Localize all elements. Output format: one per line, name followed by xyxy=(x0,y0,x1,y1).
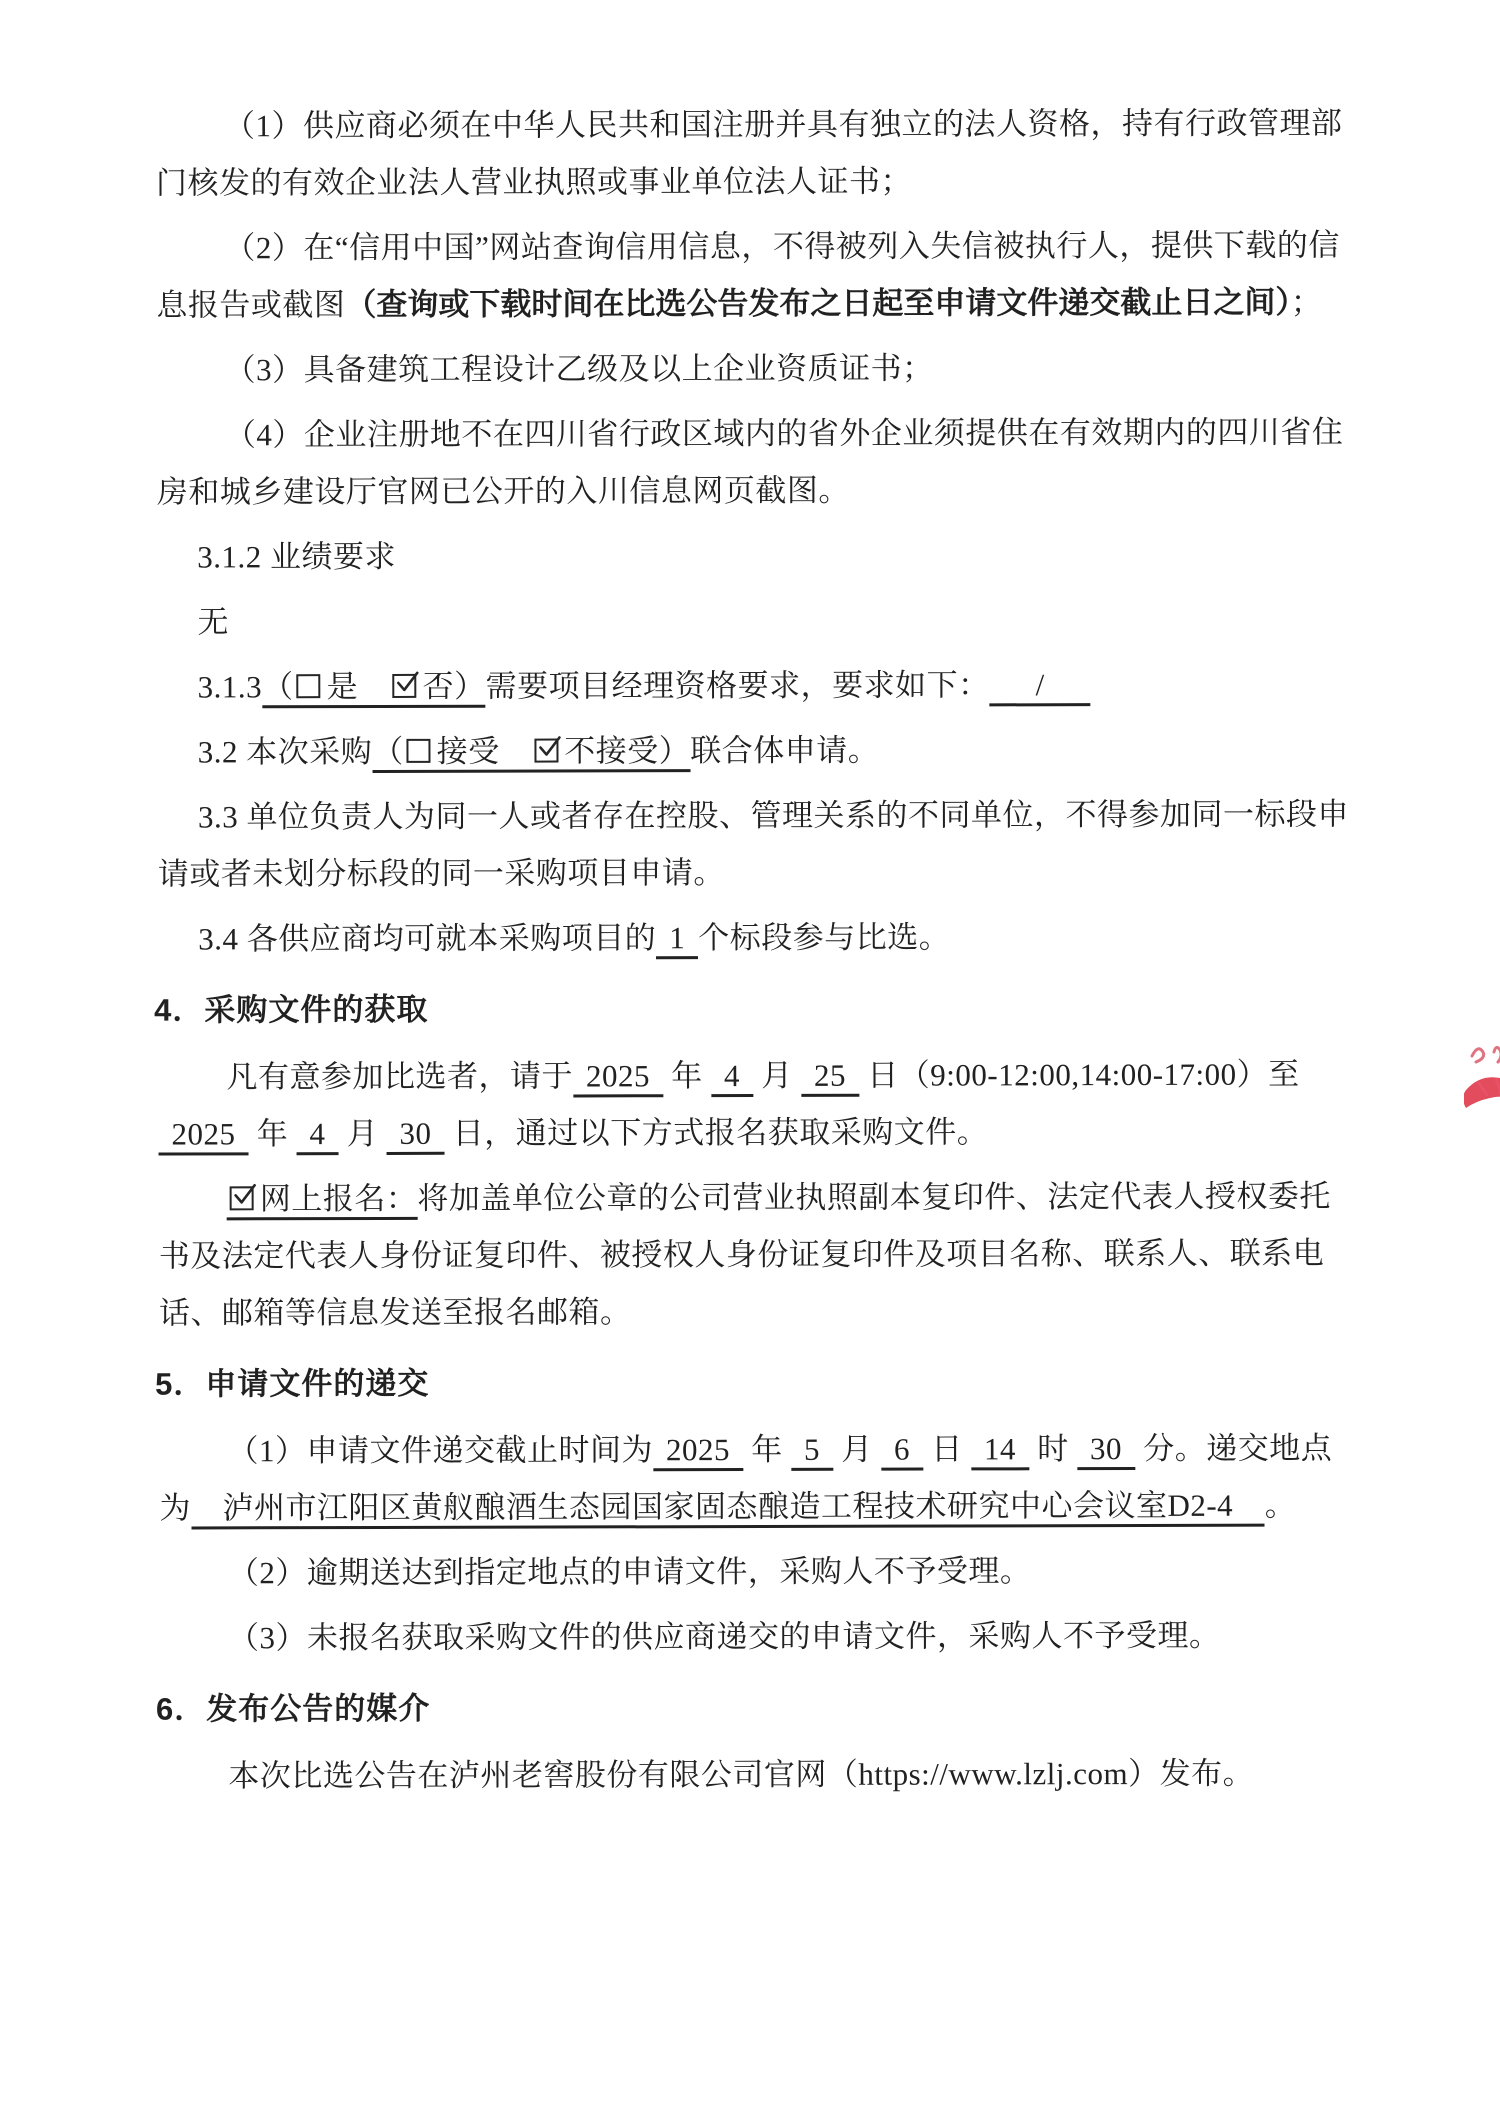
blank-field: 14 xyxy=(971,1431,1029,1470)
blank-field: 4 xyxy=(711,1058,753,1097)
text-run: 5．申请文件的递交 xyxy=(155,1366,429,1402)
para-3-3: 3.3 单位负责人为同一人或者存在控股、管理关系的不同单位，不得参加同一标段申请… xyxy=(158,785,1350,902)
text-run: （ xyxy=(372,734,404,769)
text-run: 凡有意参加比选者，请于 xyxy=(226,1058,573,1094)
text-run: 3.1.3 xyxy=(198,669,263,704)
blank-field: 30 xyxy=(1077,1431,1135,1470)
para-4-1: 凡有意参加比选者，请于2025 年 4 月 25 日（9:00-12:00,14… xyxy=(158,1045,1350,1162)
text-run: （查询或下载时间在比选公告发布之日起至申请文件递交截止日之间） xyxy=(345,285,1291,322)
text-run: 时 xyxy=(1029,1431,1077,1466)
text-run: 无 xyxy=(197,604,229,639)
text-run: 分。递交地 xyxy=(1135,1431,1301,1466)
text-run: 接受 xyxy=(437,734,532,769)
text-run: 个标段参与比选。 xyxy=(698,919,950,955)
checkbox-unchecked-icon xyxy=(407,739,431,763)
text-run: （1）供应商必须在中华人民共和国注册并具有独立的法人资格，持有行政管理部门核发的… xyxy=(156,105,1343,200)
underlined-group: （接受 不接受） xyxy=(372,733,690,773)
text-run: 不接受） xyxy=(564,733,690,768)
text-run: 3.2 本次采购 xyxy=(198,734,373,769)
text-run: 3.3 单位负责人为同一人或者存在控股、管理关系的不同单位，不得参加同一标段申请… xyxy=(158,796,1349,891)
text-run: 否） xyxy=(423,669,486,704)
text-run: 网上报名： xyxy=(260,1181,418,1216)
para-1: （1）供应商必须在中华人民共和国注册并具有独立的法人资格，持有行政管理部门核发的… xyxy=(156,94,1348,211)
text-run: 需要项目经理资格要求，要求如下： xyxy=(486,667,990,703)
red-ink-mark xyxy=(1464,1038,1500,1130)
blank-field: 泸州市江阳区黄舣酿酒生态园国家固态酿造工程技术研究中心会议室D2-4 xyxy=(191,1488,1265,1530)
para-5-1: （1）申请文件递交截止时间为2025 年 5 月 6 日 14 时 30 分。递… xyxy=(159,1419,1351,1536)
text-run: 本次比选公告在泸州老窖股份有限公司官网（https://www.lzlj.com… xyxy=(228,1756,1254,1794)
text-run: 年 xyxy=(743,1432,791,1467)
blank-field: 30 xyxy=(386,1116,444,1155)
para-3-1-3: 3.1.3（是 否）需要项目经理资格要求，要求如下：/ xyxy=(157,655,1349,715)
blank-field: 25 xyxy=(801,1058,859,1097)
para-5-3: （3）未报名获取采购文件的供应商递交的申请文件，采购人不予受理。 xyxy=(160,1606,1352,1666)
para-4-2: 网上报名：将加盖单位公章的公司营业执照副本复印件、法定代表人授权委托书及法定代表… xyxy=(159,1167,1351,1341)
para-2: （2）在“信用中国”网站查询信用信息，不得被列入失信被执行人，提供下载的信息报告… xyxy=(156,216,1348,333)
heading-4: 4．采购文件的获取 xyxy=(154,978,1350,1038)
blank-field: / xyxy=(990,667,1091,706)
text-run: 3.1.2 业绩要求 xyxy=(197,539,396,575)
text-run: 日（9:00-12:00,14:00-17:00）至 xyxy=(859,1057,1300,1093)
text-run: 月 xyxy=(833,1432,881,1467)
para-3-2: 3.2 本次采购（接受 不接受）联合体申请。 xyxy=(157,720,1349,780)
text-run: （1）申请文件递交截止时间为 xyxy=(227,1432,653,1468)
text-run: （3）未报名获取采购文件的供应商递交的申请文件，采购人不予受理。 xyxy=(228,1618,1221,1656)
text-run: （ xyxy=(262,669,294,704)
text-run: （2）逾期送达到指定地点的申请文件，采购人不予受理。 xyxy=(228,1553,1032,1590)
text-run: 4．采购文件的获取 xyxy=(154,992,428,1028)
document-body: （1）供应商必须在中华人民共和国注册并具有独立的法人资格，持有行政管理部门核发的… xyxy=(156,94,1352,1812)
text-run: 日，通过以下方式报名获取采购文件。 xyxy=(444,1114,988,1150)
para-3: （3）具备建筑工程设计乙级及以上企业资质证书； xyxy=(156,338,1348,398)
checkbox-unchecked-icon xyxy=(297,674,321,698)
heading-5: 5．申请文件的递交 xyxy=(155,1352,1351,1412)
blank-field: 5 xyxy=(791,1432,833,1471)
para-3-1-2: 3.1.2 业绩要求 xyxy=(157,525,1349,585)
blank-field: 2025 xyxy=(653,1432,743,1471)
text-run: （3）具备建筑工程设计乙级及以上企业资质证书； xyxy=(225,351,934,388)
heading-6: 6．发布公告的媒介 xyxy=(156,1677,1352,1737)
text-run: 联合体申请。 xyxy=(690,733,879,768)
checkbox-checked-icon xyxy=(534,739,558,763)
underlined-group: 网上报名： xyxy=(227,1181,418,1220)
text-run: ； xyxy=(1291,285,1323,320)
para-none: 无 xyxy=(157,590,1349,650)
blank-field: 2025 xyxy=(158,1116,248,1155)
text-run: 。 xyxy=(1265,1488,1297,1523)
document-page: （1）供应商必须在中华人民共和国注册并具有独立的法人资格，持有行政管理部门核发的… xyxy=(0,0,1500,2120)
text-run: 日 xyxy=(923,1431,971,1466)
blank-field: 4 xyxy=(296,1116,338,1155)
para-6-1: 本次比选公告在泸州老窖股份有限公司官网（https://www.lzlj.com… xyxy=(160,1744,1352,1804)
para-3-4: 3.4 各供应商均可就本采购项目的1个标段参与比选。 xyxy=(158,907,1350,967)
blank-field: 6 xyxy=(881,1432,923,1471)
text-run: 月 xyxy=(753,1058,801,1093)
blank-field: 2025 xyxy=(573,1058,663,1097)
text-run: 6．发布公告的媒介 xyxy=(156,1691,430,1727)
text-run: 3.4 各供应商均可就本采购项目的 xyxy=(198,920,656,956)
checkbox-checked-icon xyxy=(230,1186,254,1210)
para-4: （4）企业注册地不在四川省行政区域内的省外企业须提供在有效期内的四川省住房和城乡… xyxy=(157,403,1349,520)
text-run: 月 xyxy=(338,1116,386,1151)
text-run: 年 xyxy=(248,1116,296,1151)
text-run: 是 xyxy=(327,669,390,704)
blank-field: 1 xyxy=(656,920,698,959)
text-run: （4）企业注册地不在四川省行政区域内的省外企业须提供在有效期内的四川省住房和城乡… xyxy=(157,414,1344,509)
text-run: 年 xyxy=(663,1058,711,1093)
underlined-group: （是 否） xyxy=(262,669,486,709)
checkbox-checked-icon xyxy=(393,674,417,698)
para-5-2: （2）逾期送达到指定地点的申请文件，采购人不予受理。 xyxy=(160,1541,1352,1601)
